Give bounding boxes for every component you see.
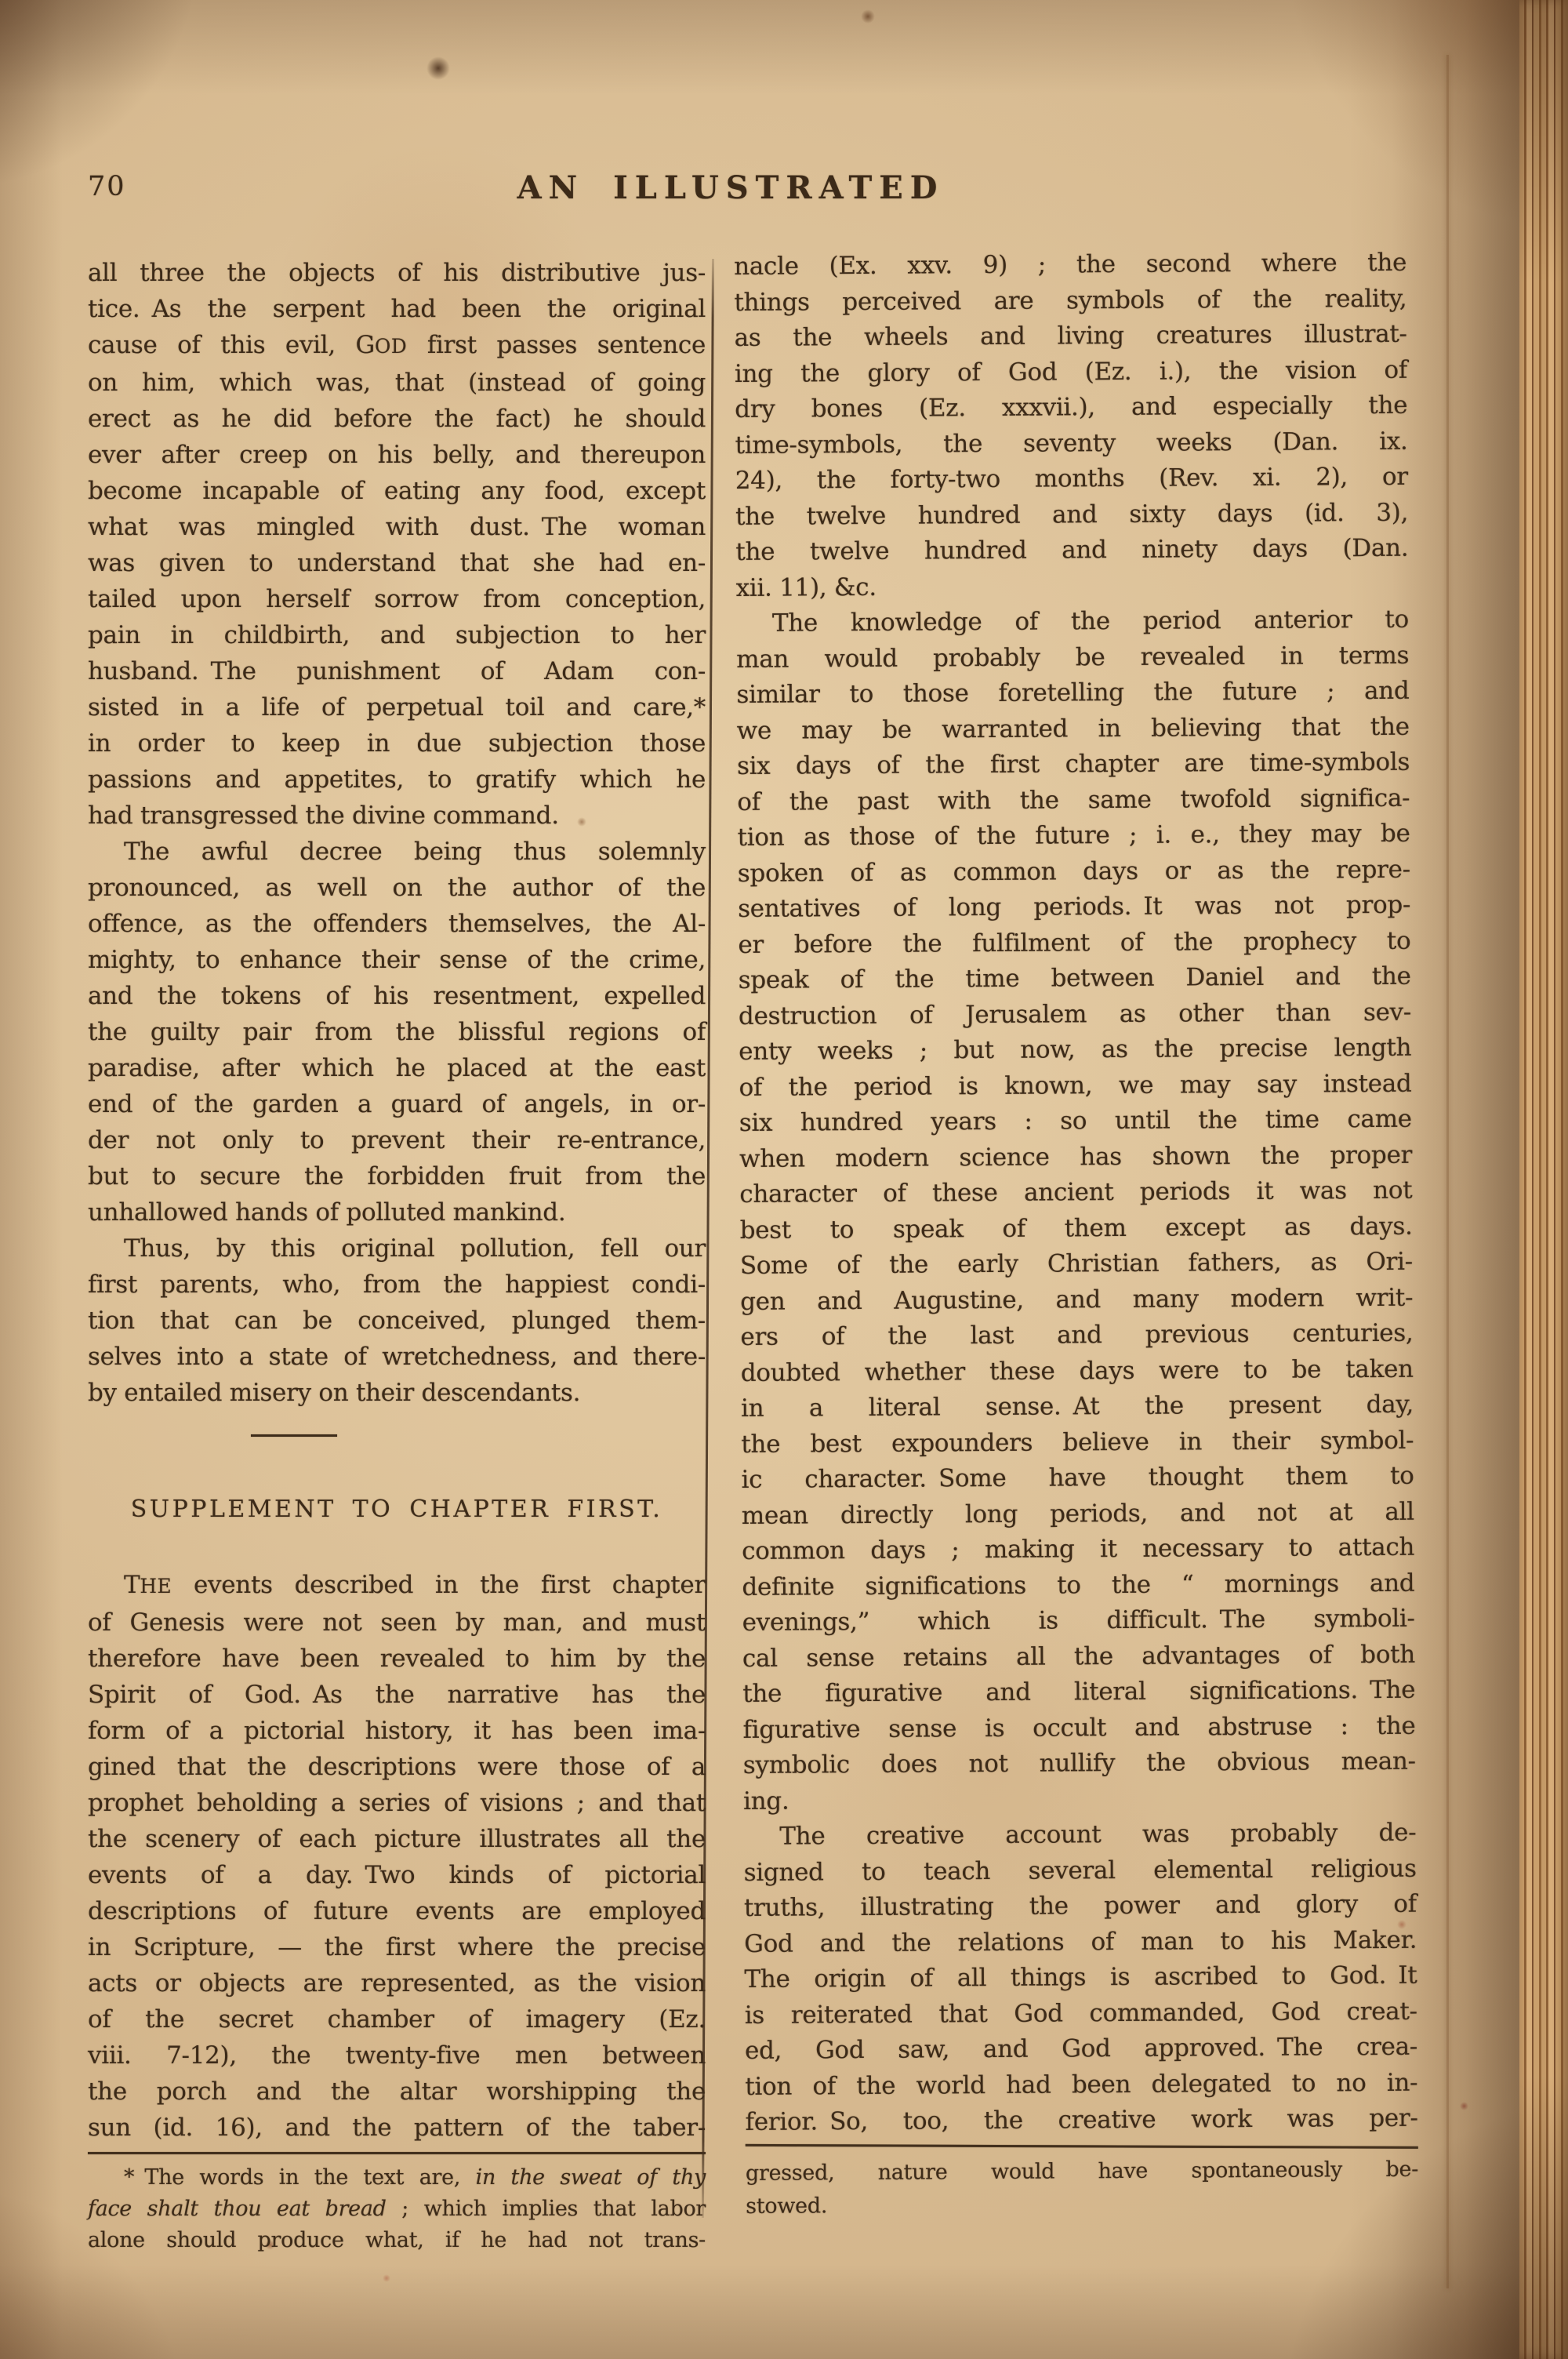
text-segment: * The words in the text are, — [124, 2165, 476, 2190]
text-line: face shalt thou eat bread ; which implie… — [88, 2194, 706, 2225]
paragraph: The knowledge of the period anterior tom… — [736, 602, 1416, 1819]
section-heading: SUPPLEMENT TO CHAPTER FIRST. — [88, 1492, 706, 1528]
stain — [1460, 2102, 1468, 2110]
text-line: of the secret chamber of imagery (Ez. — [88, 2001, 706, 2037]
text-line: offence, as the offenders themselves, th… — [88, 906, 706, 942]
text-line: the twelve hundred and sixty days (id. 3… — [735, 495, 1408, 535]
text-line: tailed upon herself sorrow from concepti… — [88, 581, 706, 617]
text-line: husband. The punishment of Adam con- — [88, 653, 706, 689]
page-crease — [1446, 55, 1449, 2288]
text-line: The awful decree being thus solemnly — [88, 834, 706, 870]
text-line: pain in childbirth, and subjection to he… — [88, 617, 706, 653]
text-line: doubted whether these days were to be ta… — [741, 1351, 1414, 1391]
left-column: all three the objects of his distributiv… — [88, 255, 706, 2256]
text-line: form of a pictorial history, it has been… — [88, 1713, 706, 1749]
text-line: gen and Augustine, and many modern writ- — [740, 1280, 1413, 1320]
text-line: figurative sense is occult and abstruse … — [742, 1708, 1415, 1748]
text-line: er before the fulfilment of the prophecy… — [738, 923, 1410, 963]
text-line: Spirit of God. As the narrative has the — [88, 1677, 706, 1713]
text-line: ers of the last and previous centuries, — [740, 1316, 1413, 1356]
text-line: ed, God saw, and God approved. The crea- — [745, 2030, 1417, 2070]
text-line: is reiterated that God commanded, God cr… — [745, 1994, 1417, 2034]
text-segment: ; which implies that labor — [387, 2197, 706, 2221]
text-line: ic character. Some have thought them to — [741, 1459, 1414, 1499]
text-line: destruction of Jerusalem as other than s… — [739, 994, 1411, 1034]
text-line: stowed. — [746, 2186, 1418, 2223]
text-line: enty weeks ; but now, as the precise len… — [739, 1030, 1411, 1070]
text-line: and the tokens of his resentment, expell… — [88, 978, 706, 1014]
text-line: by entailed misery on their descendants. — [88, 1375, 706, 1411]
text-line: 24), the forty-two months (Rev. xi. 2), … — [735, 460, 1408, 500]
text-line: character of these ancient periods it wa… — [739, 1173, 1412, 1213]
text-line: therefore have been revealed to him by t… — [88, 1641, 706, 1677]
text-line: of the past with the same twofold signif… — [737, 780, 1410, 820]
text-line: descriptions of future events are employ… — [88, 1893, 706, 1929]
text-line: six days of the first chapter are time-s… — [737, 745, 1410, 785]
paragraph: all three the objects of his distributiv… — [88, 255, 706, 834]
text-line: gressed, nature would have spontaneously… — [746, 2153, 1418, 2190]
text-line: of Genesis were not seen by man, and mus… — [88, 1605, 706, 1641]
text-line: sisted in a life of perpetual toil and c… — [88, 689, 706, 725]
text-line: The knowledge of the period anterior to — [736, 602, 1409, 642]
text-line: six hundred years : so until the time ca… — [739, 1102, 1412, 1142]
text-line: man would probably be revealed in terms — [736, 638, 1409, 678]
text-line: tion as those of the future ; i. e., the… — [737, 816, 1410, 856]
text-line: paradise, after which he placed at the e… — [88, 1050, 706, 1086]
text-line: all three the objects of his distributiv… — [88, 255, 706, 291]
text-line: passions and appetites, to gratify which… — [88, 761, 706, 798]
text-line: but to secure the forbidden fruit from t… — [88, 1158, 706, 1194]
text-line: similar to those foretelling the future … — [736, 674, 1409, 714]
text-line: ferior. So, too, the creative work was p… — [745, 2101, 1417, 2141]
text-line: tice. As the serpent had been the origin… — [88, 291, 706, 327]
text-line: Thus, by this original pollution, fell o… — [88, 1230, 706, 1267]
paragraph: The awful decree being thus solemnlypron… — [88, 834, 706, 1230]
text-line: what was mingled with dust. The woman — [88, 509, 706, 545]
text-line: in order to keep in due subjection those — [88, 725, 706, 761]
text-line: viii. 7-12), the twenty-five men between — [88, 2037, 706, 2074]
text-segment: OD — [375, 335, 407, 358]
text-segment: HE — [140, 1575, 172, 1598]
text-line: acts or objects are represented, as the … — [88, 1965, 706, 2001]
text-line: nacle (Ex. xxv. 9) ; the second where th… — [734, 245, 1406, 285]
text-line: selves into a state of wretchedness, and… — [88, 1339, 706, 1375]
text-line: events of a day. Two kinds of pictorial — [88, 1857, 706, 1893]
text-line: symbolic does not nullify the obvious me… — [743, 1744, 1416, 1784]
text-segment: cause of this evil, G — [88, 331, 375, 359]
book-page-scan: 70 AN ILLUSTRATED all three the objects … — [0, 0, 1568, 2359]
text-line: The creative account was probably de- — [743, 1816, 1416, 1856]
text-line: Some of the early Christian fathers, as … — [740, 1245, 1413, 1285]
text-line: time-symbols, the seventy weeks (Dan. ix… — [735, 423, 1407, 463]
text-line: spoken of as common days or as the repre… — [738, 852, 1410, 892]
book-fore-edge-pages — [1519, 0, 1568, 2359]
text-line: ing the glory of God (Ez. i.), the visio… — [735, 352, 1407, 392]
text-line: alone should produce what, if he had not… — [88, 2225, 706, 2256]
text-segment: face shalt thou eat bread — [88, 2197, 387, 2221]
text-line: dry bones (Ez. xxxvii.), and especially … — [735, 388, 1407, 428]
text-line: of the period is known, we may say inste… — [739, 1066, 1411, 1106]
text-line: cal sense retains all the advantages of … — [742, 1637, 1415, 1677]
paragraph: nacle (Ex. xxv. 9) ; the second where th… — [734, 245, 1409, 606]
text-line: * The words in the text are, in the swea… — [88, 2162, 706, 2194]
text-line: the scenery of each picture illustrates … — [88, 1821, 706, 1857]
text-line: mean directly long periods, and not at a… — [742, 1494, 1414, 1534]
footnote-text: gressed, nature would have spontaneously… — [746, 2153, 1418, 2223]
text-segment: first passes sentence — [407, 331, 706, 359]
paragraph: Thus, by this original pollution, fell o… — [88, 1230, 706, 1411]
text-line: xii. 11), &c. — [736, 566, 1409, 606]
text-line: things perceived are symbols of the real… — [734, 281, 1406, 321]
text-line: had transgressed the divine command. — [88, 798, 706, 834]
text-line: gined that the descriptions were those o… — [88, 1749, 706, 1785]
text-line: The origin of all things is ascribed to … — [744, 1958, 1417, 1998]
text-line: ing. — [743, 1779, 1416, 1819]
text-line: speak of the time between Daniel and the — [739, 959, 1411, 999]
text-line: truths, illustrating the power and glory… — [744, 1887, 1417, 1927]
text-line: on him, which was, that (instead of goin… — [88, 365, 706, 401]
text-line: der not only to prevent their re-entranc… — [88, 1122, 706, 1158]
text-line: THE events described in the first chapte… — [88, 1567, 706, 1605]
text-line: evenings,” which is difficult. The symbo… — [742, 1601, 1415, 1641]
text-line: end of the garden a guard of angels, in … — [88, 1086, 706, 1122]
stain — [426, 56, 450, 80]
text-line: tion of the world had been delegated to … — [745, 2065, 1417, 2105]
footnote-rule — [746, 2143, 1418, 2148]
text-line: pronounced, as well on the author of the — [88, 870, 706, 906]
text-line: the porch and the altar worshipping the — [88, 2074, 706, 2110]
paragraph: THE events described in the first chapte… — [88, 1567, 706, 2146]
section-divider — [251, 1434, 337, 1437]
text-line: sun (id. 16), and the pattern of the tab… — [88, 2110, 706, 2146]
text-line: when modern science has shown the proper — [739, 1137, 1412, 1177]
text-line: common days ; making it necessary to att… — [742, 1530, 1414, 1570]
text-segment: events described in the first chapter — [172, 1571, 706, 1599]
text-line: in Scripture, — the first where the prec… — [88, 1929, 706, 1965]
running-head: AN ILLUSTRATED — [88, 169, 1374, 206]
text-line: signed to teach several elemental religi… — [744, 1851, 1417, 1891]
text-line: as the wheels and living creatures illus… — [735, 317, 1407, 357]
text-line: the best expounders believe in their sym… — [741, 1423, 1414, 1463]
text-line: prophet beholding a series of visions ; … — [88, 1785, 706, 1821]
text-line: become incapable of eating any food, exc… — [88, 473, 706, 509]
stain — [383, 2274, 390, 2282]
text-line: in a literal sense. At the present day, — [741, 1387, 1414, 1427]
text-line: the figurative and literal signification… — [742, 1673, 1415, 1713]
footnote-rule — [88, 2152, 706, 2154]
text-line: definite significations to the “ morning… — [742, 1565, 1414, 1605]
text-segment: T — [124, 1571, 140, 1599]
footnote-text: * The words in the text are, in the swea… — [88, 2162, 706, 2256]
text-line: ever after creep on his belly, and there… — [88, 437, 706, 473]
right-column: nacle (Ex. xxv. 9) ; the second where th… — [734, 245, 1418, 2223]
text-line: first parents, who, from the happiest co… — [88, 1267, 706, 1303]
text-line: cause of this evil, GOD first passes sen… — [88, 327, 706, 365]
text-line: erect as he did before the fact) he shou… — [88, 401, 706, 437]
text-line: the twelve hundred and ninety days (Dan. — [735, 531, 1408, 571]
text-line: tion that can be conceived, plunged them… — [88, 1303, 706, 1339]
text-line: we may be warranted in believing that th… — [737, 709, 1410, 749]
text-line: God and the relations of man to his Make… — [744, 1922, 1417, 1962]
paragraph: The creative account was probably de-sig… — [743, 1816, 1417, 2141]
text-line: sentatives of long periods. It was not p… — [738, 888, 1410, 928]
text-line: was given to understand that she had en- — [88, 545, 706, 581]
text-segment: in the sweat of thy — [476, 2165, 706, 2190]
text-line: unhallowed hands of polluted mankind. — [88, 1194, 706, 1230]
text-line: the guilty pair from the blissful region… — [88, 1014, 706, 1050]
text-line: mighty, to enhance their sense of the cr… — [88, 942, 706, 978]
text-line: best to speak of them except as days. — [740, 1209, 1413, 1249]
stain — [861, 9, 875, 24]
